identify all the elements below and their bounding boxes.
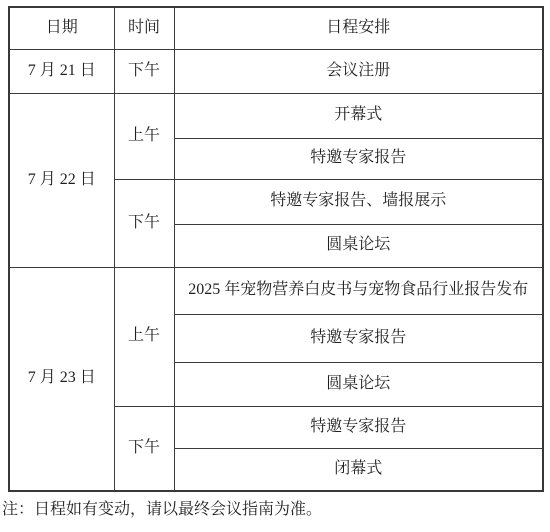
table-row: 7 月 21 日 下午 会议注册 (9, 49, 543, 93)
header-date: 日期 (9, 7, 114, 49)
agenda-cell-roundtable: 圆桌论坛 (174, 224, 543, 267)
date-cell-jul23: 7 月 23 日 (9, 267, 114, 491)
time-cell-jul23-am: 上午 (114, 267, 174, 406)
agenda-cell-roundtable: 圆桌论坛 (174, 362, 543, 406)
schedule-table: 日期 时间 日程安排 7 月 21 日 下午 会议注册 7 月 22 日 上午 … (8, 6, 544, 492)
time-cell-jul23-pm: 下午 (114, 406, 174, 491)
agenda-cell-invited-talks: 特邀专家报告 (174, 314, 543, 362)
agenda-cell-whitepaper-release: 2025 年宠物营养白皮书与宠物食品行业报告发布 (174, 267, 543, 314)
agenda-cell-closing: 闭幕式 (174, 448, 543, 491)
agenda-cell-invited-talks: 特邀专家报告 (174, 138, 543, 179)
agenda-cell-opening: 开幕式 (174, 93, 543, 138)
table-header-row: 日期 时间 日程安排 (9, 7, 543, 49)
agenda-cell-registration: 会议注册 (174, 49, 543, 93)
time-cell-jul21-pm: 下午 (114, 49, 174, 93)
table-row: 7 月 23 日 上午 2025 年宠物营养白皮书与宠物食品行业报告发布 (9, 267, 543, 314)
schedule-note: 注：日程如有变动，请以最终会议指南为准。 (2, 500, 550, 521)
date-cell-jul22: 7 月 22 日 (9, 93, 114, 267)
table-row: 7 月 22 日 上午 开幕式 (9, 93, 543, 138)
date-cell-jul21: 7 月 21 日 (9, 49, 114, 93)
time-cell-jul22-pm: 下午 (114, 179, 174, 267)
time-cell-jul22-am: 上午 (114, 93, 174, 179)
agenda-cell-talks-posters: 特邀专家报告、墙报展示 (174, 179, 543, 224)
agenda-cell-invited-talks: 特邀专家报告 (174, 406, 543, 448)
header-agenda: 日程安排 (174, 7, 543, 49)
header-time: 时间 (114, 7, 174, 49)
conference-schedule-page: 日期 时间 日程安排 7 月 21 日 下午 会议注册 7 月 22 日 上午 … (0, 0, 550, 532)
